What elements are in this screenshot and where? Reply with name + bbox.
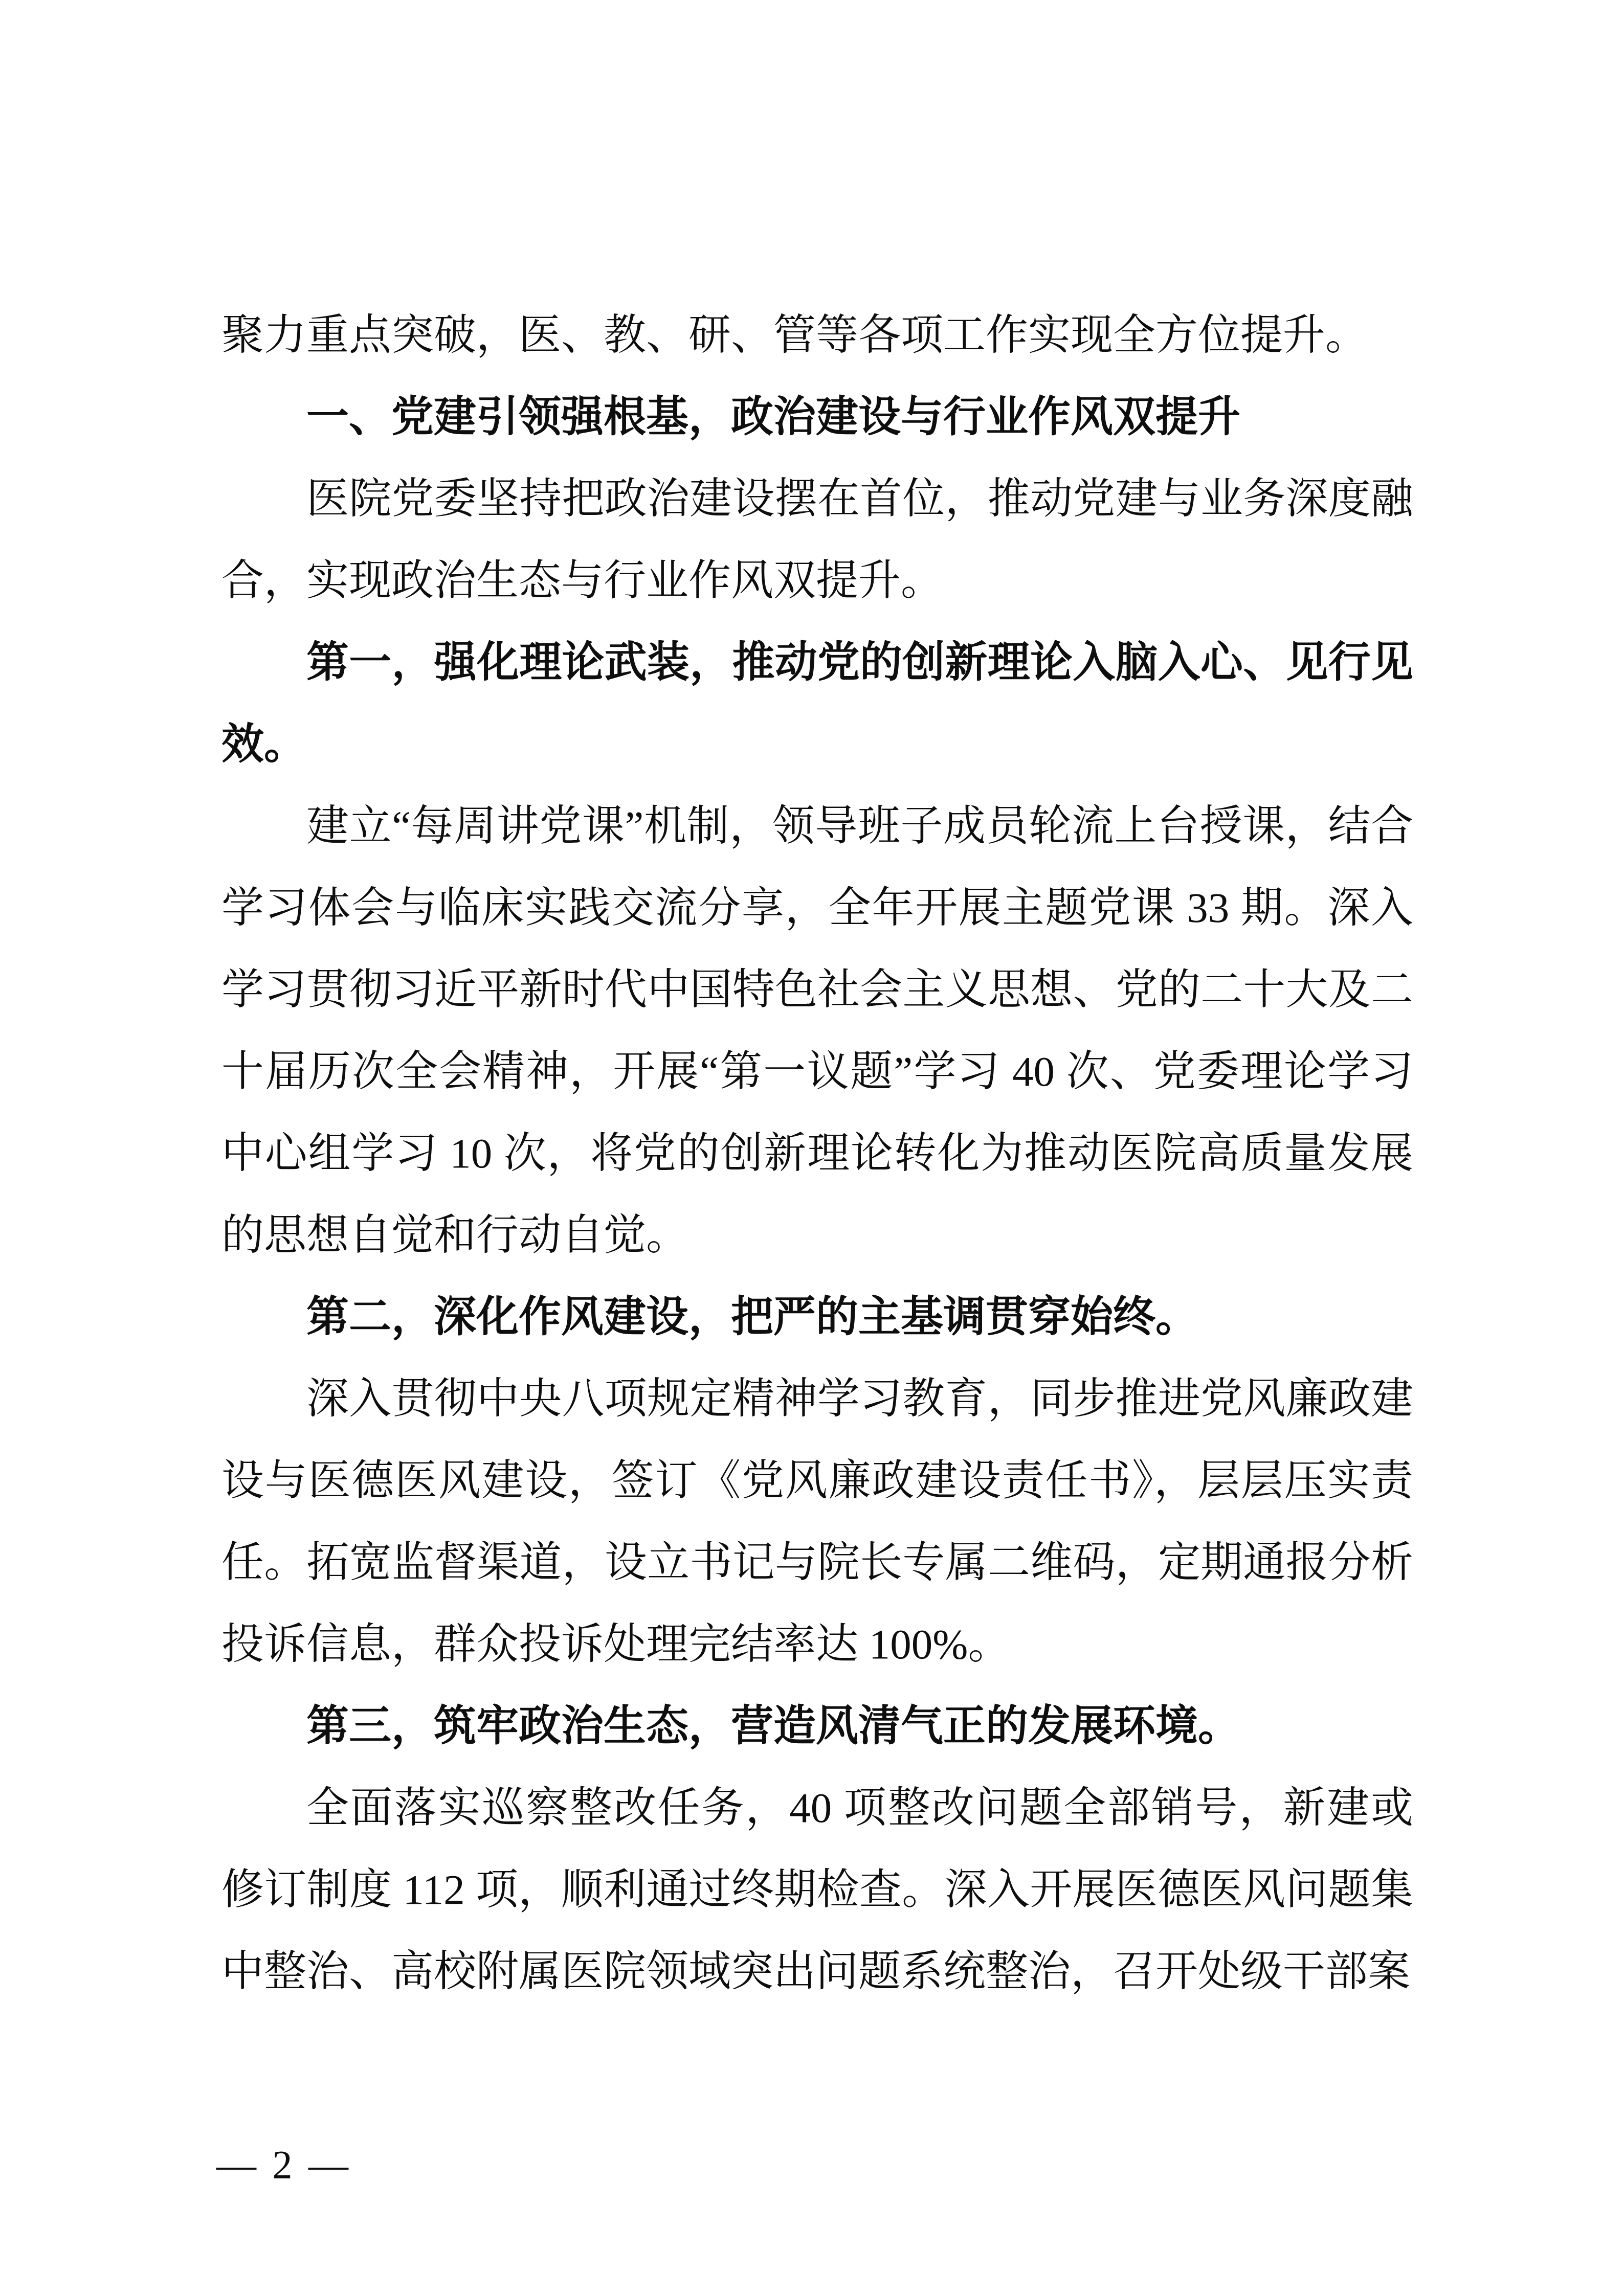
subheading-second: 第二，深化作风建设，把严的主基调贯穿始终。	[221, 1276, 1413, 1358]
document-page: 聚力重点突破，医、教、研、管等各项工作实现全方位提升。 一、党建引领强根基，政治…	[0, 0, 1624, 2296]
paragraph: 医院党委坚持把政治建设摆在首位，推动党建与业务深度融合，实现政治生态与行业作风双…	[221, 458, 1413, 621]
paragraph: 深入贯彻中央八项规定精神学习教育，同步推进党风廉政建设与医德医风建设，签订《党风…	[221, 1358, 1413, 1685]
page-number: — 2 —	[216, 2136, 351, 2193]
document-body: 聚力重点突破，医、教、研、管等各项工作实现全方位提升。 一、党建引领强根基，政治…	[221, 294, 1413, 2012]
paragraph-continuation: 聚力重点突破，医、教、研、管等各项工作实现全方位提升。	[221, 294, 1413, 376]
paragraph: 建立“每周讲党课”机制，领导班子成员轮流上台授课，结合学习体会与临床实践交流分享…	[221, 785, 1413, 1276]
subheading-third: 第三，筑牢政治生态，营造风清气正的发展环境。	[221, 1685, 1413, 1767]
section-heading: 一、党建引领强根基，政治建设与行业作风双提升	[221, 376, 1413, 458]
paragraph: 全面落实巡察整改任务，40 项整改问题全部销号，新建或修订制度 112 项，顺利…	[221, 1767, 1413, 2012]
subheading-first: 第一，强化理论武装，推动党的创新理论入脑入心、见行见效。	[221, 621, 1413, 785]
